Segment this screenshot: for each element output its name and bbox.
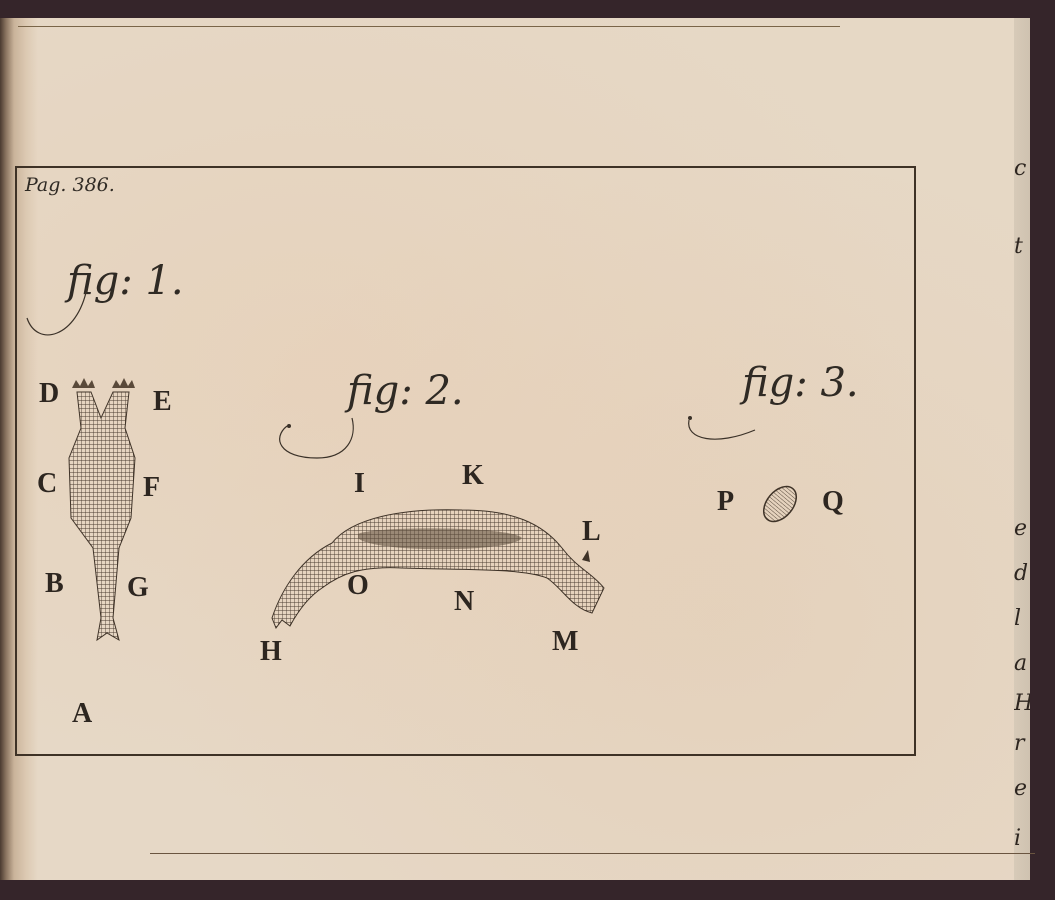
fig3-flourish-icon: [17, 168, 917, 758]
label-P: P: [717, 486, 734, 518]
edge-letter: H: [1014, 693, 1030, 715]
edge-letter: l: [1014, 608, 1030, 630]
bottom-rule: [150, 853, 1035, 854]
edge-letter: e: [1014, 518, 1030, 540]
edge-letter: d: [1014, 563, 1030, 585]
top-rule: [18, 26, 840, 27]
label-Q: Q: [822, 486, 844, 518]
edge-letter: i: [1014, 828, 1030, 850]
fig3-egg-icon: [755, 478, 805, 528]
edge-letter: c: [1014, 158, 1030, 180]
edge-letter: e: [1014, 778, 1030, 800]
engraving-plate: Pag. 386. fig: 1. D E C F B G A fig: 2.: [15, 166, 916, 756]
edge-letter: r: [1014, 733, 1030, 755]
paper-page: c t e d l a H r e i Pag. 386. fig: 1. D …: [0, 18, 1030, 880]
edge-letter: t: [1014, 236, 1030, 258]
edge-letter: a: [1014, 653, 1030, 675]
